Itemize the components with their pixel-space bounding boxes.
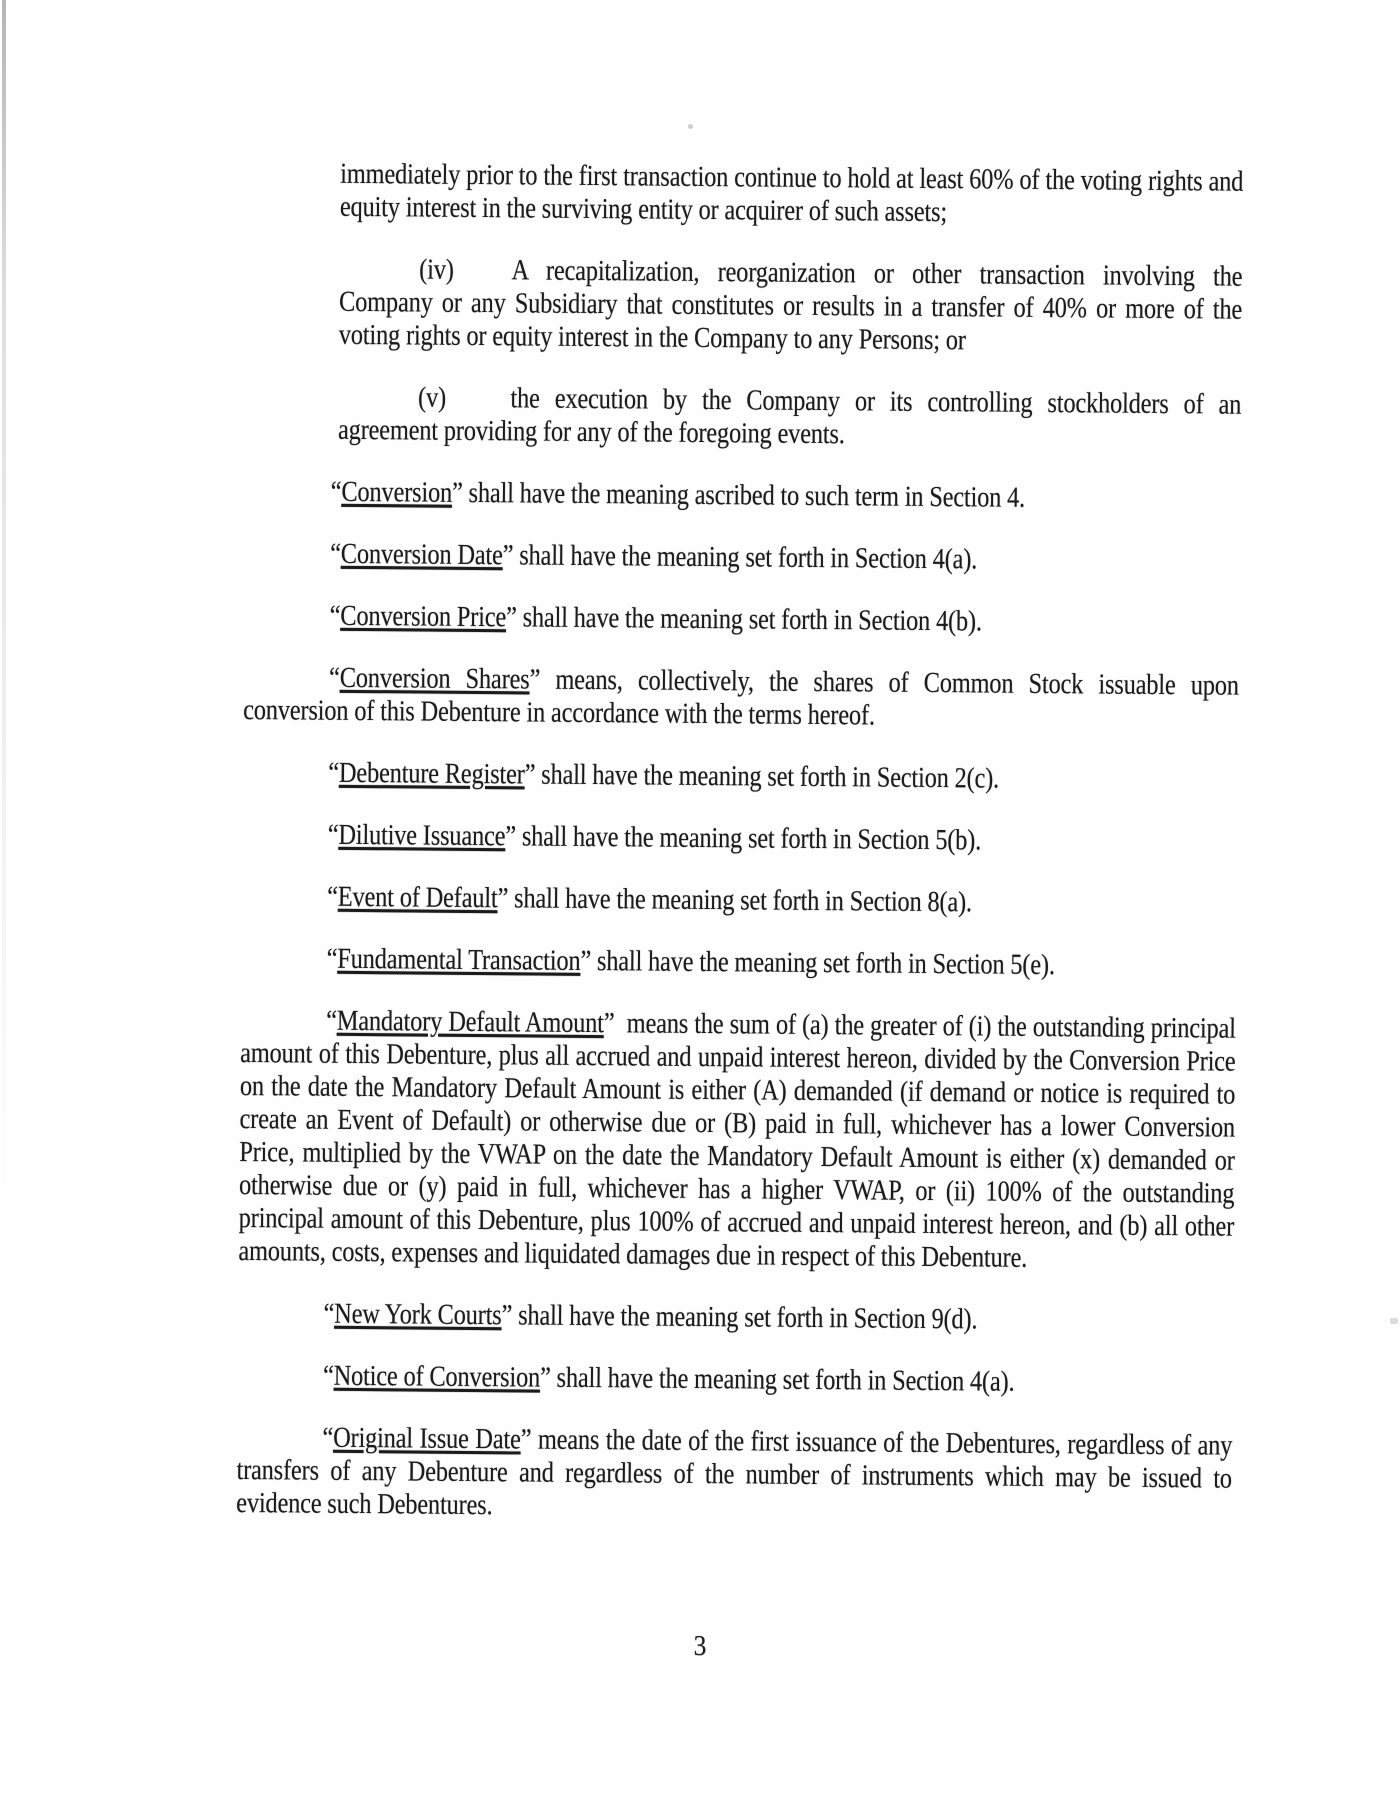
defined-term: Mandatory Default Amount: [337, 1005, 604, 1039]
open-quote: “: [326, 1005, 337, 1037]
defined-term: Conversion: [341, 476, 452, 509]
definition-mandatory-default-amount: “Mandatory Default Amount” means the sum…: [238, 1004, 1236, 1277]
document-text: immediately prior to the first transacti…: [236, 157, 1244, 1558]
scan-speck-top: [688, 124, 693, 129]
definition-text: ” shall have the meaning set forth in Se…: [525, 758, 1000, 794]
open-quote: “: [330, 600, 341, 632]
open-quote: “: [322, 1422, 333, 1454]
open-quote: “: [323, 1360, 334, 1392]
open-quote: “: [328, 757, 339, 789]
scan-edge-artifact: [2, 0, 6, 1200]
page-number: 3: [84, 1630, 1316, 1663]
definition-text: ” shall have the meaning set forth in Se…: [540, 1362, 1015, 1398]
definition-text: ” shall have the meaning set forth in Se…: [580, 945, 1055, 981]
open-quote: “: [327, 881, 338, 913]
defined-term: Fundamental Transaction: [337, 943, 580, 977]
scan-speck-right: [1390, 1318, 1398, 1324]
paragraph-continuation: immediately prior to the first transacti…: [340, 158, 1244, 232]
defined-term: Conversion Shares: [340, 662, 530, 696]
open-quote: “: [327, 943, 338, 975]
definition-dilutive-issuance: “Dilutive Issuance” shall have the meani…: [242, 818, 1238, 860]
defined-term: Conversion Date: [341, 538, 503, 571]
definition-fundamental-transaction: “Fundamental Transaction” shall have the…: [241, 942, 1237, 984]
clause-number: (v): [418, 381, 511, 415]
open-quote: “: [323, 1298, 334, 1330]
paragraph-text: immediately prior to the first transacti…: [340, 158, 1244, 228]
open-quote: “: [328, 819, 339, 851]
definition-notice-of-conversion: “Notice of Conversion” shall have the me…: [237, 1359, 1233, 1401]
defined-term: Notice of Conversion: [334, 1360, 541, 1394]
definition-text: ” shall have the meaning set forth in Se…: [505, 820, 981, 856]
definition-new-york-courts: “New York Courts” shall have the meaning…: [238, 1297, 1234, 1339]
open-quote: “: [330, 538, 341, 570]
definition-conversion: “Conversion” shall have the meaning ascr…: [245, 475, 1241, 517]
paragraph-item-iv: (iv)A recapitalization, reorganization o…: [339, 253, 1243, 360]
clause-number: (iv): [419, 253, 512, 287]
definition-event-of-default: “Event of Default” shall have the meanin…: [241, 880, 1237, 922]
paragraph-item-v: (v)the execution by the Company or its c…: [338, 381, 1242, 455]
defined-term: Original Issue Date: [333, 1422, 521, 1456]
defined-term: Dilutive Issuance: [338, 819, 505, 852]
document-page: immediately prior to the first transacti…: [0, 0, 1400, 1814]
definition-text: ” shall have the meaning ascribed to suc…: [452, 477, 1025, 514]
definition-text: ” shall have the meaning set forth in Se…: [497, 882, 972, 918]
definition-text: ” shall have the meaning set forth in Se…: [503, 539, 978, 575]
open-quote: “: [331, 476, 342, 508]
definition-original-issue-date: “Original Issue Date” means the date of …: [236, 1421, 1232, 1529]
defined-term: New York Courts: [334, 1298, 502, 1331]
defined-term: Conversion Price: [340, 600, 506, 633]
definition-conversion-price: “Conversion Price” shall have the meanin…: [244, 599, 1240, 641]
defined-term: Debenture Register: [339, 757, 525, 791]
definition-debenture-register: “Debenture Register” shall have the mean…: [242, 756, 1238, 798]
definition-text: ” shall have the meaning set forth in Se…: [501, 1299, 977, 1335]
definition-text: ” means the sum of (a) the greater of (i…: [238, 1007, 1236, 1274]
defined-term: Event of Default: [338, 881, 498, 914]
definition-conversion-shares: “Conversion Shares” means, collectively,…: [243, 661, 1239, 736]
definition-conversion-date: “Conversion Date” shall have the meaning…: [244, 537, 1240, 579]
definition-text: ” shall have the meaning set forth in Se…: [506, 601, 982, 637]
open-quote: “: [329, 662, 340, 694]
